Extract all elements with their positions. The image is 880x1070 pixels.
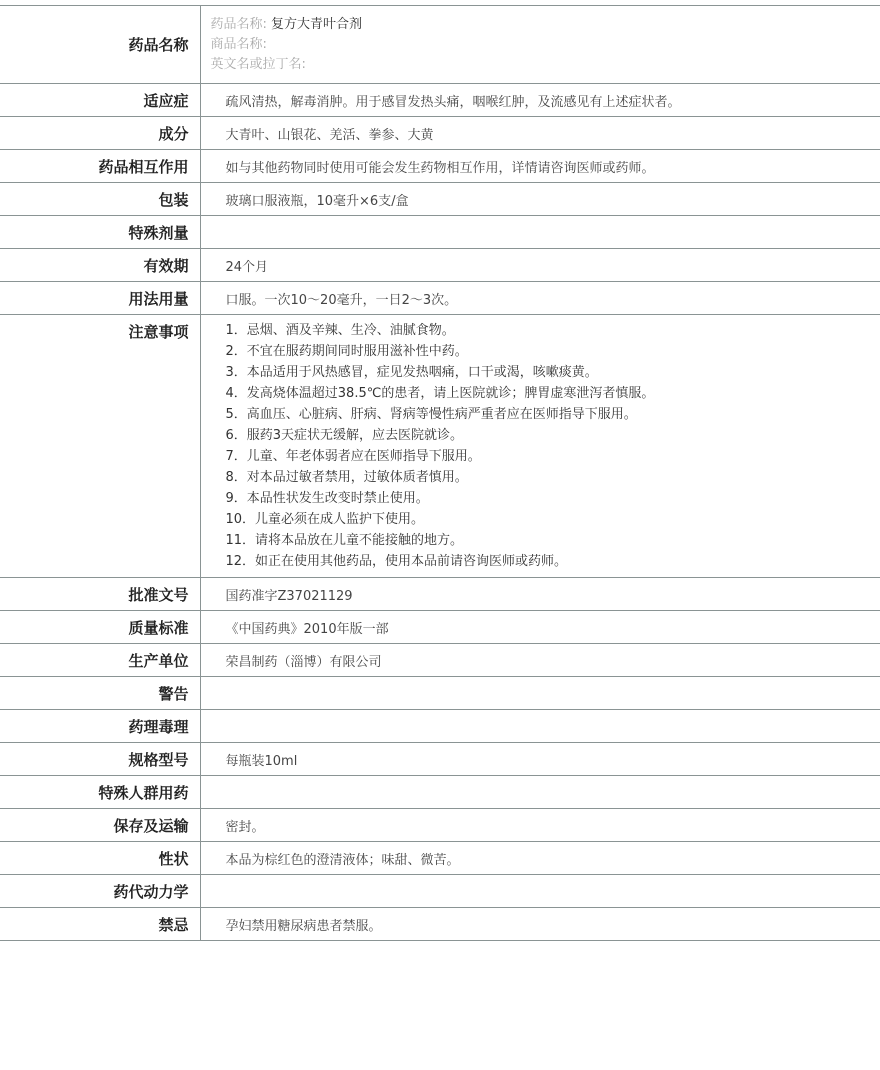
row-description: 性状 本品为棕红色的澄清液体；味甜、微苦。 xyxy=(0,842,880,875)
row-label: 适应症 xyxy=(0,84,200,117)
row-precautions: 注意事项 1．忌烟、酒及辛辣、生冷、油腻食物。 2．不宜在服药期间同时服用滋补性… xyxy=(0,315,880,578)
row-value: 大青叶、山银花、羌活、拳参、大黄 xyxy=(200,117,880,150)
drug-name-values: 药品名称: 复方大青叶合剂 商品名称: 英文名或拉丁名: xyxy=(200,6,880,84)
row-approval-number: 批准文号 国药准字Z37021129 xyxy=(0,578,880,611)
row-dosage: 用法用量 口服。一次10～20毫升，一日2～3次。 xyxy=(0,282,880,315)
row-label: 质量标准 xyxy=(0,611,200,644)
row-label: 批准文号 xyxy=(0,578,200,611)
row-value: 如与其他药物同时使用可能会发生药物相互作用，详情请咨询医师或药师。 xyxy=(200,150,880,183)
generic-name-line: 药品名称: 复方大青叶合剂 xyxy=(211,15,880,35)
row-label: 规格型号 xyxy=(0,743,200,776)
row-value: 玻璃口服液瓶，10毫升×6支/盒 xyxy=(200,183,880,216)
row-label: 药品名称 xyxy=(0,6,200,84)
drug-spec-table: 药品名称 药品名称: 复方大青叶合剂 商品名称: 英文名或拉丁名: 适应症 疏风… xyxy=(0,5,880,941)
row-special-dosage: 特殊剂量 xyxy=(0,216,880,249)
row-label: 药代动力学 xyxy=(0,875,200,908)
list-item: 7．儿童、年老体弱者应在医师指导下服用。 xyxy=(226,446,880,467)
row-value: 疏风清热，解毒消肿。用于感冒发热头痛，咽喉红肿，及流感见有上述症状者。 xyxy=(200,84,880,117)
row-value: 每瓶装10ml xyxy=(200,743,880,776)
row-value: 孕妇禁用糖尿病患者禁服。 xyxy=(200,908,880,941)
row-label: 性状 xyxy=(0,842,200,875)
row-label: 用法用量 xyxy=(0,282,200,315)
row-pharmacology: 药理毒理 xyxy=(0,710,880,743)
row-value: 国药准字Z37021129 xyxy=(200,578,880,611)
row-manufacturer: 生产单位 荣昌制药（淄博）有限公司 xyxy=(0,644,880,677)
list-item: 1．忌烟、酒及辛辣、生冷、油腻食物。 xyxy=(226,320,880,341)
row-label: 药理毒理 xyxy=(0,710,200,743)
row-value: 荣昌制药（淄博）有限公司 xyxy=(200,644,880,677)
row-indications: 适应症 疏风清热，解毒消肿。用于感冒发热头痛，咽喉红肿，及流感见有上述症状者。 xyxy=(0,84,880,117)
row-specification: 规格型号 每瓶装10ml xyxy=(0,743,880,776)
list-item: 9．本品性状发生改变时禁止使用。 xyxy=(226,488,880,509)
row-label: 注意事项 xyxy=(0,315,200,578)
row-label: 药品相互作用 xyxy=(0,150,200,183)
row-warning: 警告 xyxy=(0,677,880,710)
list-item: 10．儿童必须在成人监护下使用。 xyxy=(226,509,880,530)
row-packaging: 包装 玻璃口服液瓶，10毫升×6支/盒 xyxy=(0,183,880,216)
row-label: 特殊人群用药 xyxy=(0,776,200,809)
row-value: 口服。一次10～20毫升，一日2～3次。 xyxy=(200,282,880,315)
row-label: 成分 xyxy=(0,117,200,150)
row-value xyxy=(200,710,880,743)
english-name-line: 英文名或拉丁名: xyxy=(211,55,880,75)
row-label: 警告 xyxy=(0,677,200,710)
row-quality-standard: 质量标准 《中国药典》2010年版一部 xyxy=(0,611,880,644)
trade-name-line: 商品名称: xyxy=(211,35,880,55)
list-item: 5．高血压、心脏病、肝病、肾病等慢性病严重者应在医师指导下服用。 xyxy=(226,404,880,425)
row-value xyxy=(200,776,880,809)
row-contraindications: 禁忌 孕妇禁用糖尿病患者禁服。 xyxy=(0,908,880,941)
generic-name-value: 复方大青叶合剂 xyxy=(271,17,362,32)
row-label: 有效期 xyxy=(0,249,200,282)
row-value: 密封。 xyxy=(200,809,880,842)
row-value: 24个月 xyxy=(200,249,880,282)
row-interactions: 药品相互作用 如与其他药物同时使用可能会发生药物相互作用，详情请咨询医师或药师。 xyxy=(0,150,880,183)
list-item: 11．请将本品放在儿童不能接触的地方。 xyxy=(226,530,880,551)
generic-name-key: 药品名称: xyxy=(211,17,267,32)
row-special-populations: 特殊人群用药 xyxy=(0,776,880,809)
row-label: 保存及运输 xyxy=(0,809,200,842)
row-label: 生产单位 xyxy=(0,644,200,677)
precautions-list: 1．忌烟、酒及辛辣、生冷、油腻食物。 2．不宜在服药期间同时服用滋补性中药。 3… xyxy=(200,315,880,578)
row-value xyxy=(200,875,880,908)
list-item: 3．本品适用于风热感冒，症见发热咽痛，口干或渴，咳嗽痰黄。 xyxy=(226,362,880,383)
row-value: 《中国药典》2010年版一部 xyxy=(200,611,880,644)
list-item: 8．对本品过敏者禁用，过敏体质者慎用。 xyxy=(226,467,880,488)
row-drug-name: 药品名称 药品名称: 复方大青叶合剂 商品名称: 英文名或拉丁名: xyxy=(0,6,880,84)
list-item: 4．发高烧体温超过38.5℃的患者，请上医院就诊；脾胃虚寒泄泻者慎服。 xyxy=(226,383,880,404)
row-storage: 保存及运输 密封。 xyxy=(0,809,880,842)
row-label: 特殊剂量 xyxy=(0,216,200,249)
row-label: 禁忌 xyxy=(0,908,200,941)
list-item: 6．服药3天症状无缓解，应去医院就诊。 xyxy=(226,425,880,446)
list-item: 2．不宜在服药期间同时服用滋补性中药。 xyxy=(226,341,880,362)
list-item: 12．如正在使用其他药品，使用本品前请咨询医师或药师。 xyxy=(226,551,880,572)
row-pharmacokinetics: 药代动力学 xyxy=(0,875,880,908)
row-label: 包装 xyxy=(0,183,200,216)
trade-name-key: 商品名称: xyxy=(211,37,267,52)
row-value xyxy=(200,677,880,710)
row-shelf-life: 有效期 24个月 xyxy=(0,249,880,282)
english-name-key: 英文名或拉丁名: xyxy=(211,57,306,72)
row-ingredients: 成分 大青叶、山银花、羌活、拳参、大黄 xyxy=(0,117,880,150)
row-value xyxy=(200,216,880,249)
row-value: 本品为棕红色的澄清液体；味甜、微苦。 xyxy=(200,842,880,875)
